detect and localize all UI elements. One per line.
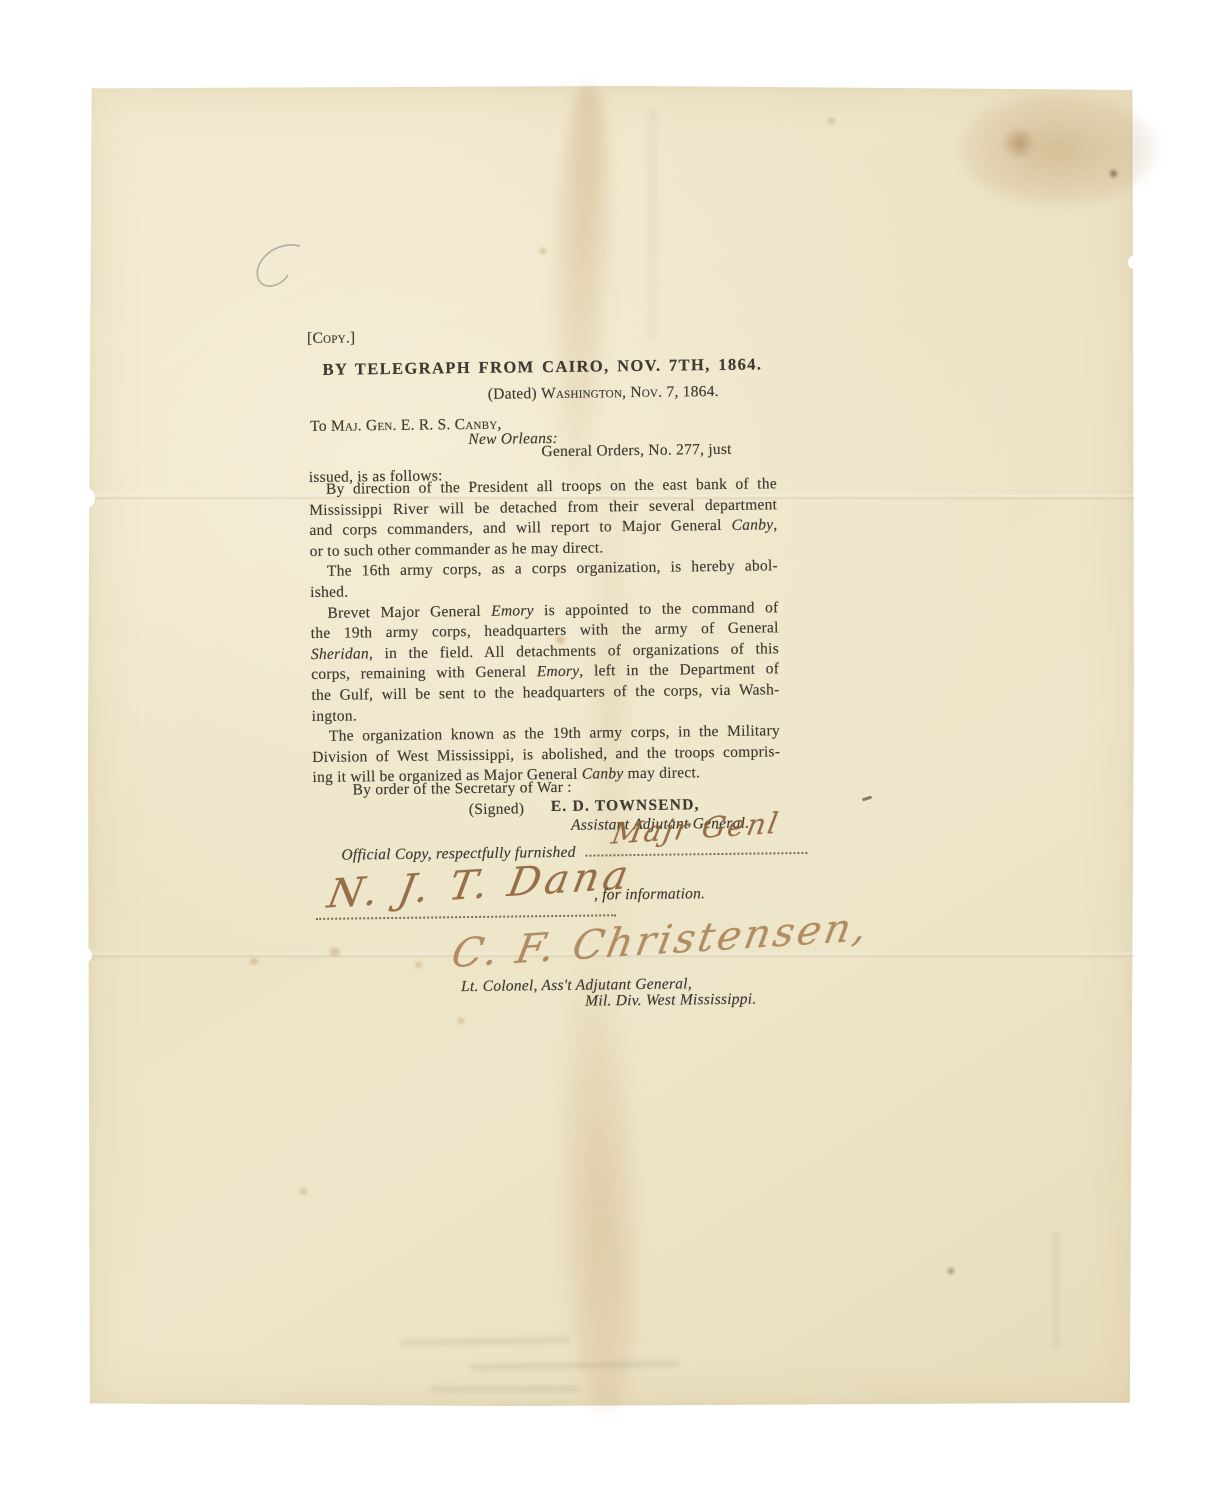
text-segment: , <box>773 516 777 533</box>
text-segment: Copy. <box>312 329 350 346</box>
text-segment: may direct. <box>623 765 700 783</box>
text-segment: Division of West Mississippi, is abolish… <box>312 743 780 766</box>
text-segment: is appointed to the command of <box>534 599 779 619</box>
dotted-line <box>316 901 616 920</box>
text-segment: , in the field. All detachments of organ… <box>369 640 779 662</box>
text-segment: ished. <box>310 583 348 600</box>
text-segment: or to such other commander as he may dir… <box>310 539 604 560</box>
body-paragraphs: By direction of the President all troops… <box>309 474 781 789</box>
title-line-2: Mil. Div. West Mississippi. <box>585 991 756 1011</box>
orders-intro-line: General Orders, No. 277, just <box>541 441 731 461</box>
header-dated-line: (Dated) Washington, Nov. 7, 1864. <box>488 383 719 404</box>
text-segment: Canby <box>582 765 624 783</box>
body-paragraph-3: Brevet Major General Emory is appointed … <box>310 598 779 727</box>
text-segment: the Gulf, will be sent to the headquarte… <box>311 681 779 704</box>
text-segment: Mississippi River will be detached from … <box>309 496 777 519</box>
text-segment: ] <box>350 329 356 346</box>
text-segment: corps, remaining with General <box>311 664 537 684</box>
scan-background: { "colors":{"paper":"#ede4c7","ink":"#3f… <box>0 0 1232 1500</box>
text-segment: Washington, Nov. <box>541 384 663 402</box>
text-segment: (Dated) <box>488 385 541 403</box>
by-order-line: By order of the Secretary of War : <box>353 779 572 800</box>
text-segment: , left in the Department of <box>579 661 779 680</box>
for-information-text: , for information. <box>594 885 706 904</box>
text-segment: 7, 1864. <box>662 383 719 401</box>
copy-label: [Copy.] <box>307 329 356 348</box>
text-segment: Canby <box>731 517 773 535</box>
dana-dotted-line <box>316 901 616 925</box>
text-segment: Emory <box>537 663 580 681</box>
text-segment: Emory <box>491 602 534 620</box>
body-paragraph-2: The 16th army corps, as a corps organiza… <box>310 557 778 604</box>
text-segment: The organization known as the 19th army … <box>329 722 780 745</box>
signed-label: (Signed) <box>469 800 525 819</box>
body-paragraph-1: By direction of the President all troops… <box>309 474 778 562</box>
text-segment: The 16th army corps, as a corps organiza… <box>327 558 778 581</box>
text-segment: Sheridan <box>311 645 369 663</box>
document-text-block: [Copy.] BY TELEGRAPH FROM CAIRO, NOV. 7T… <box>307 323 856 1040</box>
text-segment: and corps commanders, and will report to… <box>309 517 731 539</box>
text-segment: By direction of the President all troops… <box>326 475 777 498</box>
pencil-mark <box>245 238 317 308</box>
text-segment: To <box>310 418 331 435</box>
text-segment: the 19th army corps, headquarters with t… <box>311 619 779 642</box>
text-segment: ington. <box>312 707 357 725</box>
header-telegraph-line: BY TELEGRAPH FROM CAIRO, NOV. 7TH, 1864. <box>307 354 777 380</box>
text-segment: Brevet Major General <box>327 602 491 621</box>
